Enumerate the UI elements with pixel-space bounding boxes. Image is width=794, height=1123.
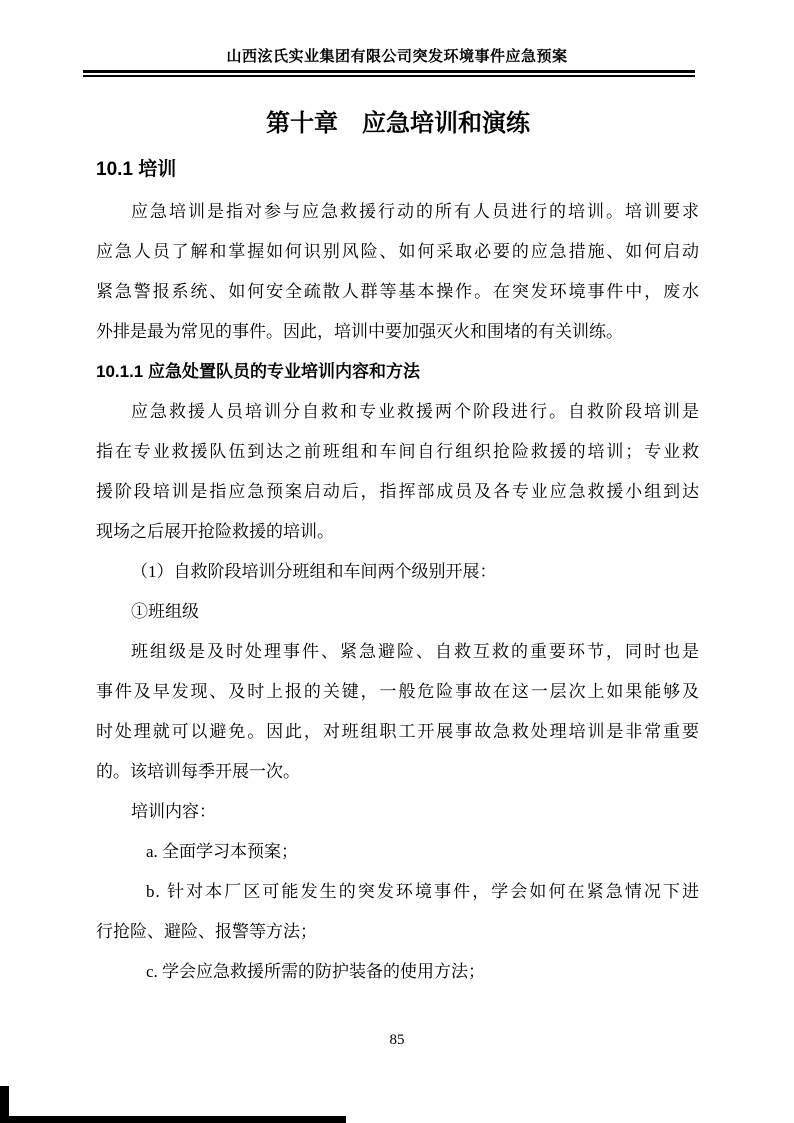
paragraph-3-line-1: 班组级是及时处理事件、紧急避险、自救互救的重要环节，同时也是 [96,632,700,672]
page-footer: 85 [0,1032,794,1049]
list-item-1: （1）自救阶段培训分班组和车间两个级别开展： [96,552,700,592]
scan-artifact-bottom [0,1116,346,1123]
paragraph-2-line-4: 现场之后展开抢险救援的培训。 [96,512,700,552]
paragraph-2-line-2: 指在专业救援队伍到达之前班组和车间自行组织抢险救援的培训；专业救 [96,432,700,472]
paragraph-1-line-2: 应急人员了解和掌握如何识别风险、如何采取必要的应急措施、如何启动 [96,232,700,272]
subsection-title-10-1-1: 10.1.1 应急处置队员的专业培训内容和方法 [96,352,700,392]
list-item-5: c. 学会应急救援所需的防护装备的使用方法； [96,952,700,992]
list-item-2: ①班组级 [96,592,700,632]
section-title-10-1: 10.1 培训 [96,148,700,192]
paragraph-3-line-4: 的。该培训每季开展一次。 [96,752,700,792]
document-page: 山西泫氏实业集团有限公司突发环境事件应急预案 第十章 应急培训和演练 10.1 … [0,0,794,1123]
header-title: 山西泫氏实业集团有限公司突发环境事件应急预案 [0,45,794,66]
paragraph-3-line-2: 事件及早发现、及时上报的关键，一般危险事故在这一层次上如果能够及 [96,672,700,712]
page-number: 85 [390,1032,405,1048]
chapter-title: 第十章 应急培训和演练 [96,100,700,148]
header-rule [83,70,695,77]
paragraph-1-line-4: 外排是最为常见的事件。因此，培训中要加强灭火和围堵的有关训练。 [96,312,700,352]
paragraph-2-line-1: 应急救援人员培训分自救和专业救援两个阶段进行。自救阶段培训是 [96,392,700,432]
paragraph-4-line-2: 行抢险、避险、报警等方法； [96,912,700,952]
list-item-3: 培训内容： [96,792,700,832]
paragraph-1-line-1: 应急培训是指对参与应急救援行动的所有人员进行的培训。培训要求 [96,192,700,232]
list-item-4: a. 全面学习本预案； [96,832,700,872]
document-content: 第十章 应急培训和演练 10.1 培训 应急培训是指对参与应急救援行动的所有人员… [96,100,700,992]
paragraph-1-line-3: 紧急警报系统、如何安全疏散人群等基本操作。在突发环境事件中，废水 [96,272,700,312]
paragraph-2-line-3: 援阶段培训是指应急预案启动后，指挥部成员及各专业应急救援小组到达 [96,472,700,512]
paragraph-4-line-1: b. 针对本厂区可能发生的突发环境事件，学会如何在紧急情况下进 [96,872,700,912]
paragraph-3-line-3: 时处理就可以避免。因此，对班组职工开展事故急救处理培训是非常重要 [96,712,700,752]
